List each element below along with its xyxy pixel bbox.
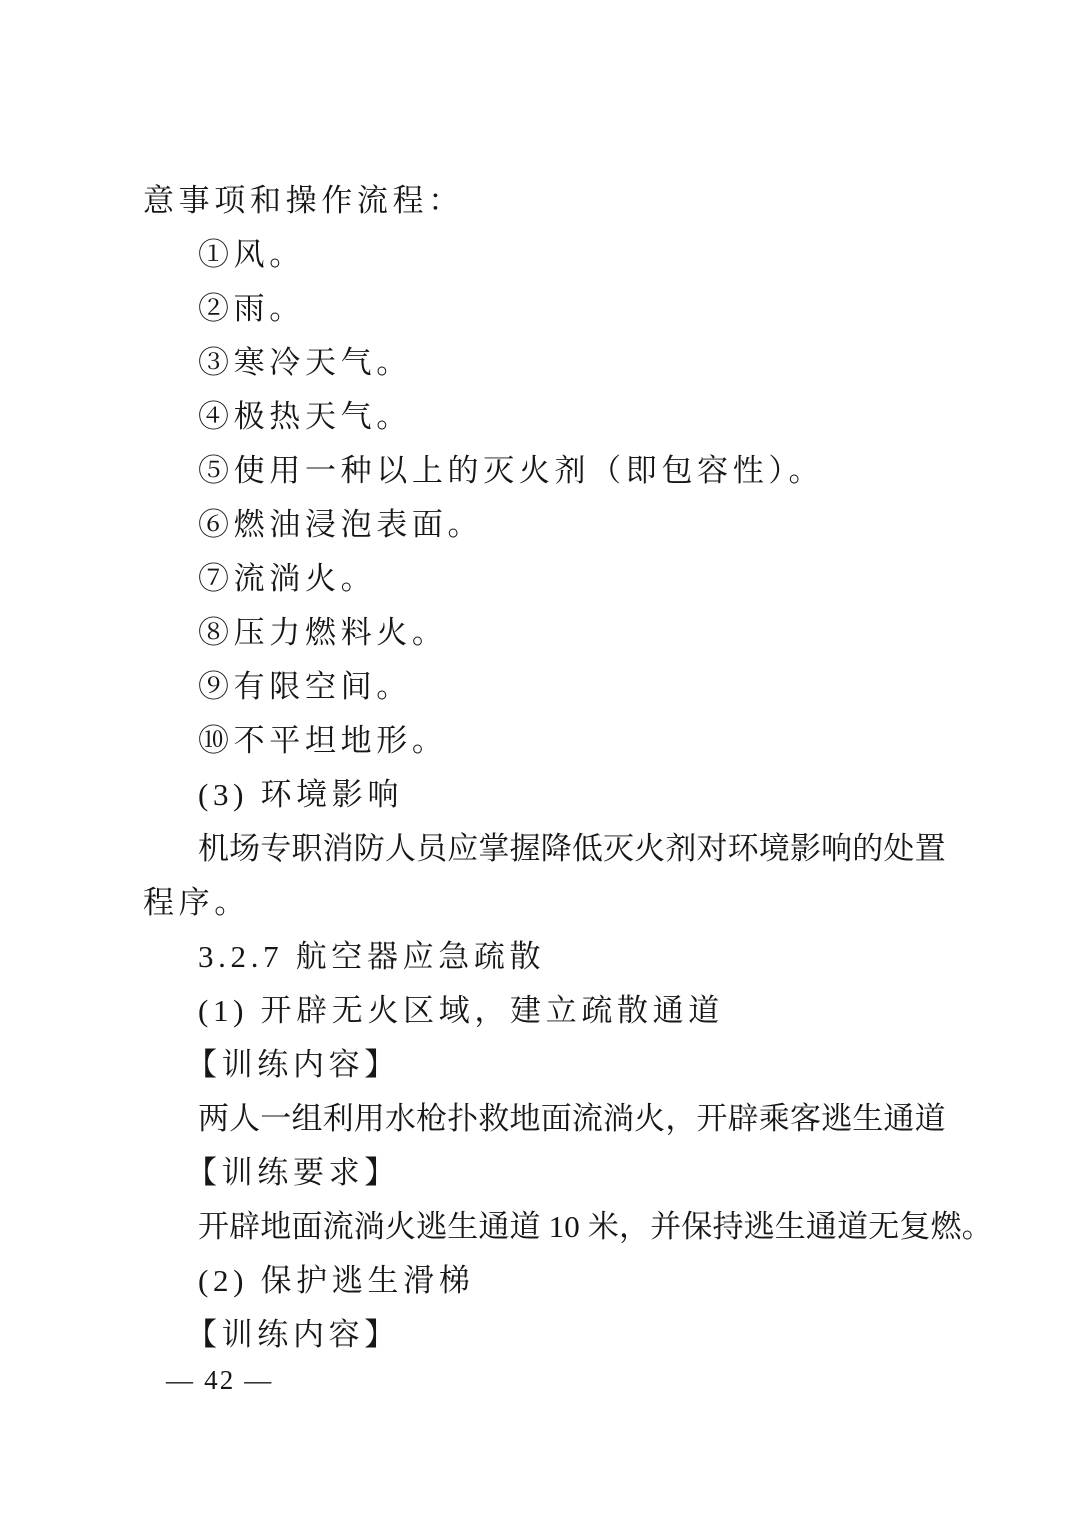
- text-line: (2) 保护逃生滑梯: [143, 1254, 958, 1308]
- text-line: ⑤使用一种以上的灭火剂（即包容性）。: [143, 444, 958, 498]
- text-line: 3.2.7 航空器应急疏散: [143, 930, 958, 984]
- text-line: 【训练内容】: [143, 1308, 958, 1362]
- text-line: ④极热天气。: [143, 390, 958, 444]
- text-line: 开辟地面流淌火逃生通道 10 米，并保持逃生通道无复燃。: [143, 1200, 958, 1254]
- text-line: ⑥燃油浸泡表面。: [143, 498, 958, 552]
- text-line: ⑧压力燃料火。: [143, 606, 958, 660]
- document-body: 意事项和操作流程：①风。②雨。③寒冷天气。④极热天气。⑤使用一种以上的灭火剂（即…: [143, 174, 958, 1362]
- document-page: 意事项和操作流程：①风。②雨。③寒冷天气。④极热天气。⑤使用一种以上的灭火剂（即…: [0, 0, 1080, 1528]
- text-line: ③寒冷天气。: [143, 336, 958, 390]
- text-line: 【训练要求】: [143, 1146, 958, 1200]
- text-line: ①风。: [143, 228, 958, 282]
- text-line: ⑩不平坦地形。: [143, 714, 958, 768]
- page-number: — 42 —: [166, 1362, 273, 1398]
- text-line: 机场专职消防人员应掌握降低灭火剂对环境影响的处置: [143, 822, 958, 876]
- text-line: ⑦流淌火。: [143, 552, 958, 606]
- text-line: 程序。: [143, 876, 958, 930]
- text-line: 【训练内容】: [143, 1038, 958, 1092]
- text-line: (1) 开辟无火区域，建立疏散通道: [143, 984, 958, 1038]
- text-line: 两人一组利用水枪扑救地面流淌火，开辟乘客逃生通道: [143, 1092, 958, 1146]
- text-line: ②雨。: [143, 282, 958, 336]
- text-line: 意事项和操作流程：: [143, 174, 958, 228]
- text-line: ⑨有限空间。: [143, 660, 958, 714]
- text-line: (3) 环境影响: [143, 768, 958, 822]
